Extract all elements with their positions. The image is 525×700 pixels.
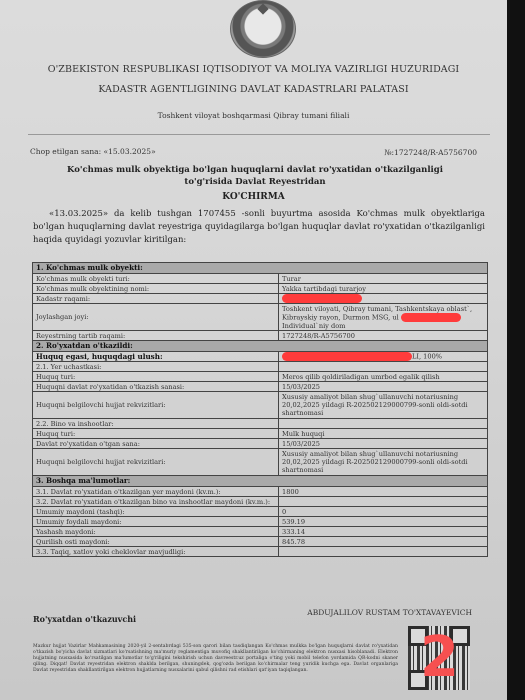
table-row: Umumiy foydali maydoni:539.19 xyxy=(33,517,488,527)
owner-share: LI, 100% xyxy=(412,353,442,361)
table-row: 3.1. Davlat ro'yxatidan o'tkazilgan yer … xyxy=(33,487,488,497)
table-row: Joylashgan joyi: Toshkent viloyati, Qibr… xyxy=(33,304,488,331)
document-title: Ko'chmas mulk obyektiga bo'lgan huquqlar… xyxy=(50,164,460,188)
table-row: Huquqni davlat ro'yxatidan o'tkazish san… xyxy=(33,382,488,392)
registry-table: 1. Ko'chmas mulk obyekti: Ko'chmas mulk … xyxy=(32,262,488,557)
registrar-name: ABDUJALILOV RUSTAM TO'XTAVAYEVICH xyxy=(307,608,472,617)
table-row: Davlat ro'yxatidan o'tgan sana:15/03/202… xyxy=(33,439,488,449)
table-row: Qurilish osti maydoni:845.78 xyxy=(33,537,488,547)
table-row: Ko'chmas mulk obyekti turi:Turar xyxy=(33,274,488,284)
qr-code-icon[interactable]: 2 xyxy=(408,626,470,690)
redaction-mark xyxy=(282,352,412,361)
header-divider xyxy=(28,134,490,135)
table-row: Ko'chmas mulk obyektining nomi:Yakka tar… xyxy=(33,284,488,294)
branch-name: Toshkent viloyat boshqarmasi Qibray tuma… xyxy=(0,111,507,120)
table-row: Huquq egasi, huquqdagi ulush: LI, 100% xyxy=(33,352,488,362)
table-row: 2.1. Yer uchastkasi: xyxy=(33,362,488,372)
state-emblem-icon xyxy=(230,0,296,58)
table-row: Kadastr raqami: xyxy=(33,294,488,304)
section-2-header: 2. Ro'yxatdan o'tkazildi: xyxy=(33,341,488,352)
handwritten-mark: 2 xyxy=(420,630,459,686)
table-row: 3.2. Davlat ro'yxatidan o'tkazilgan bino… xyxy=(33,497,488,507)
table-row: 2.2. Bino va inshootlar: xyxy=(33,419,488,429)
registry-number: №:1727248/R-A5756700 xyxy=(384,148,477,157)
org-name-line1: O'ZBEKISTON RESPUBLIKASI IQTISODIYOT VA … xyxy=(0,64,507,75)
table-row: Huquq turi:Meros qilib qoldiriladigan um… xyxy=(33,372,488,382)
section-1-header: 1. Ko'chmas mulk obyekti: xyxy=(33,263,488,274)
background-edge xyxy=(507,0,525,700)
table-row: Huquq turi:Mulk huquqi xyxy=(33,429,488,439)
table-row: 3.3. Taqiq, xatlov yoki cheklovlar mavju… xyxy=(33,547,488,557)
table-row: Umumiy maydoni (tashqi):0 xyxy=(33,507,488,517)
document-page: O'ZBEKISTON RESPUBLIKASI IQTISODIYOT VA … xyxy=(0,0,507,700)
registrar-label: Ro'yxatdan o'tkazuvchi xyxy=(33,614,136,624)
table-row: Huquqni belgilovchi hujjat rekvizitlari:… xyxy=(33,392,488,419)
location-text-end: Individual`niy dom xyxy=(282,322,345,330)
org-name-line2: KADASTR AGENTLIGINING DAVLAT KADASTRLARI… xyxy=(0,84,507,95)
legal-footnote: Mazkur hujjat Vazirlar Mahkamasining 202… xyxy=(33,644,398,674)
print-date: Chop etilgan sana: «15.03.2025» xyxy=(30,147,156,156)
intro-paragraph: «13.03.2025» da kelib tushgan 1707455 -s… xyxy=(33,208,485,247)
section-3-header: 3. Boshqa ma'lumotlar: xyxy=(33,476,488,487)
document-subtitle: KO'CHIRMA xyxy=(0,192,507,202)
table-row: Huquqni belgilovchi hujjat rekvizitlari:… xyxy=(33,449,488,476)
table-row: Reyestrning tartib raqami:1727248/R-A575… xyxy=(33,331,488,341)
redaction-mark xyxy=(282,294,362,303)
redaction-mark xyxy=(401,313,461,322)
table-row: Yashash maydoni:333.14 xyxy=(33,527,488,537)
